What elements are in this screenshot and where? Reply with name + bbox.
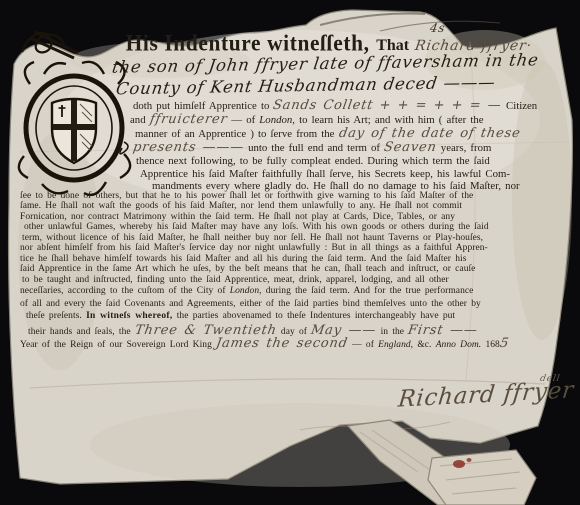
document-line: other unlawful Games, whereby his ſaid M…: [24, 223, 489, 233]
text-segment: day of the date of these: [338, 127, 522, 140]
document-line: ſaid Apprentice in the ſame Art which he…: [20, 265, 475, 275]
text-segment: Richard ffryer: [397, 379, 575, 411]
text-segment: dell: [539, 375, 560, 384]
text-segment: 5: [499, 337, 510, 350]
text-segment: Sands Collett + + = + + = —: [272, 99, 503, 112]
document-line: and ffruicterer — of London, to learn hi…: [130, 113, 484, 126]
text-segment: — of: [227, 114, 259, 126]
document-line: to be taught and inſtructed, finding unt…: [22, 276, 449, 286]
text-segment: ffruicterer: [149, 113, 229, 126]
text-segment: tice he ſhall behave himſelf towards his…: [20, 254, 466, 264]
text-segment: unto the full end and term of: [244, 142, 384, 154]
document-line: theſe preſents. In witneſs whereof, the …: [26, 312, 455, 322]
text-segment: ſaid Apprentice in the ſame Art which he…: [20, 264, 475, 274]
document-line: thence next following, to be fully compl…: [136, 156, 490, 167]
text-segment: Citizen: [502, 100, 537, 112]
text-segment: Year of the Reign of our Sovereign Lord …: [20, 340, 216, 350]
text-segment: other unlawful Games, whereby his ſaid M…: [24, 222, 489, 232]
text-segment: doth put himſelf Apprentice to: [133, 100, 273, 112]
document-line: Apprentice his ſaid Maſter faithfully ſh…: [140, 169, 510, 180]
text-segment: to learn his Art; and with him ( after t…: [295, 114, 484, 126]
regnal-year-line: Year of the Reign of our Sovereign Lord …: [20, 337, 509, 351]
text-segment: — of: [348, 340, 378, 350]
text-segment: presents ———: [132, 141, 245, 154]
text-segment: 4s: [429, 22, 446, 34]
document-line: of all and every the ſaid Covenants and …: [20, 300, 481, 310]
text-segment: to be taught and inſtructed, finding unt…: [22, 275, 449, 285]
text-segment: &c.: [413, 340, 436, 350]
text-segment: In witneſs whereof,: [86, 311, 172, 321]
text-segment: Apprentice his ſaid Maſter faithfully ſh…: [140, 168, 510, 180]
text-segment: England,: [378, 340, 413, 350]
text-segment: thence next following, to be fully compl…: [136, 155, 490, 167]
text-segment: nor abſent himſelf from his ſaid Maſter'…: [20, 243, 488, 253]
text-segment: neceſſaries, according to the cuſtom of …: [20, 286, 230, 296]
document-text: His Indenture witneſſeth,ThatRichard ffr…: [0, 0, 580, 505]
text-segment: their hands and ſeals, the: [28, 327, 135, 337]
document-line: presents ——— unto the full end and term …: [133, 141, 491, 154]
text-segment: years, from: [437, 142, 492, 154]
text-segment: the parties abovenamed to theſe Indentur…: [173, 311, 456, 321]
text-segment: in the: [376, 327, 408, 337]
text-segment: Anno Dom.: [436, 340, 482, 350]
text-segment: London,: [259, 114, 295, 126]
photograph-of-indenture: His Indenture witneſſeth,ThatRichard ffr…: [0, 0, 580, 505]
text-segment: Fornication, nor contract Matrimony with…: [20, 212, 455, 222]
text-segment: ſee to be done of others, but that he to…: [20, 191, 473, 201]
text-segment: of all and every the ſaid Covenants and …: [20, 299, 481, 309]
text-segment: and: [130, 114, 150, 126]
text-segment: County of Kent Husbandman deced ———: [115, 75, 497, 98]
text-segment: manner of an Apprentice ) to ſerve from …: [135, 128, 339, 140]
text-segment: ſame. He ſhall not waſt the goods of his…: [20, 201, 462, 211]
hand-line-county: County of Kent Husbandman deced ———: [116, 75, 496, 98]
filing-notation: 4s: [430, 22, 445, 34]
document-line: nor abſent himſelf from his ſaid Maſter'…: [20, 244, 488, 254]
document-line: manner of an Apprentice ) to ſerve from …: [135, 127, 520, 140]
text-segment: Seaven: [383, 141, 438, 154]
text-segment: theſe preſents.: [26, 311, 86, 321]
text-segment: First ——: [407, 324, 479, 337]
text-segment: London,: [230, 286, 262, 296]
signature-note: dell: [540, 374, 560, 384]
document-line: neceſſaries, according to the cuſtom of …: [20, 287, 473, 297]
document-line: ſame. He ſhall not waſt the goods of his…: [20, 202, 462, 212]
text-segment: 168: [481, 340, 500, 350]
text-segment: term, without licence of his ſaid Maſter…: [22, 233, 483, 243]
text-segment: That: [376, 37, 409, 54]
text-segment: James the second: [215, 337, 349, 350]
text-segment: His Indenture witneſſeth,: [126, 32, 370, 55]
document-line: doth put himſelf Apprentice to Sands Col…: [133, 99, 537, 112]
text-segment: during the ſaid term. And for the true p…: [262, 286, 474, 296]
